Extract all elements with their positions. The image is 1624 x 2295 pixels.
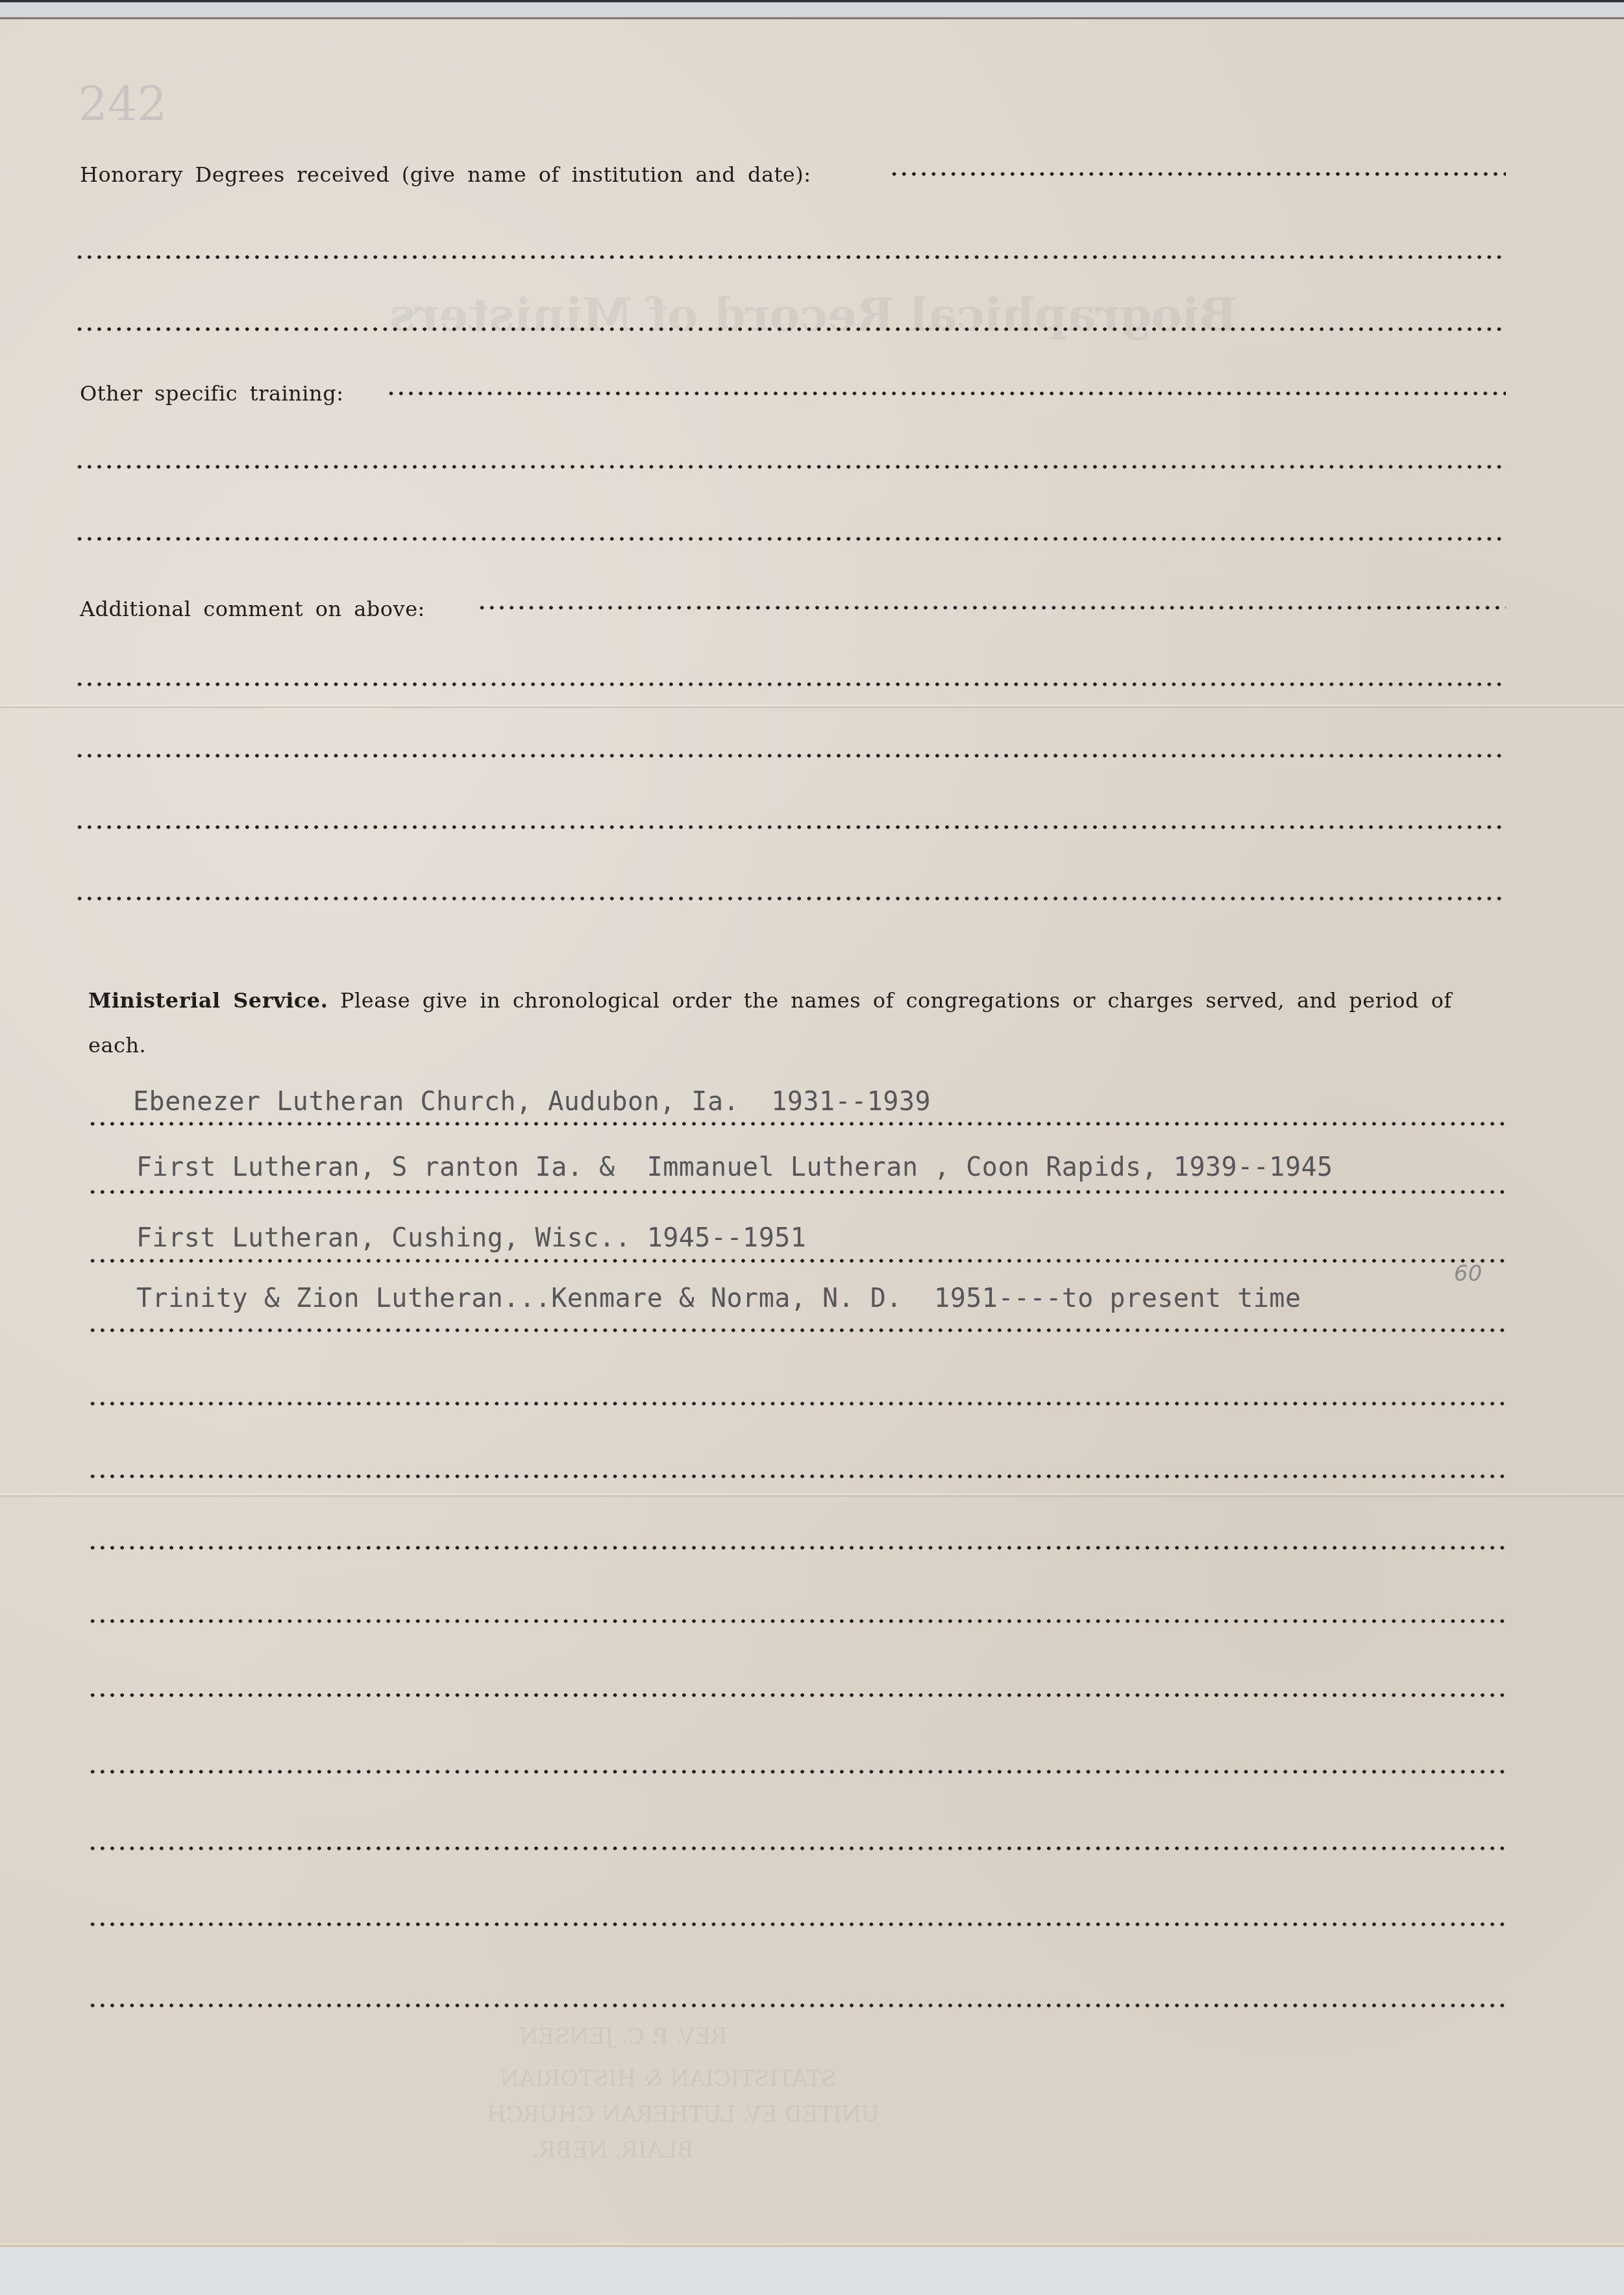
bleed-through-stamp-2: STATISTICIAN & HISTORIAN: [500, 2068, 836, 2090]
ministerial-service-heading: Ministerial Service.: [88, 988, 328, 1013]
service-entry-3: First Lutheran, Cushing, Wisc.. 1945--19…: [136, 1225, 806, 1251]
additional-comment-field-line-4[interactable]: [75, 825, 1506, 830]
bleed-through-stamp-4: BLAIR, NEBR.: [532, 2139, 694, 2161]
service-entry-line-5[interactable]: [88, 1401, 1509, 1406]
service-entry-line-7[interactable]: [88, 1545, 1509, 1550]
service-entry-line-2[interactable]: [88, 1189, 1509, 1195]
service-entry-line-8[interactable]: [88, 1619, 1509, 1624]
service-entry-line-3[interactable]: [88, 1258, 1509, 1263]
ministerial-service-instruction-text: Please give in chronological order the n…: [340, 988, 1452, 1013]
other-training-field-line-3[interactable]: [75, 536, 1506, 541]
service-entry-line-11[interactable]: [88, 1846, 1509, 1851]
bleed-through-stamp-3: UNITED EV. LUTHERAN CHURCH: [487, 2103, 880, 2126]
additional-comment-field-line-2[interactable]: [75, 682, 1506, 687]
additional-comment-field-line-5[interactable]: [75, 896, 1506, 901]
service-entry-line-1[interactable]: [88, 1121, 1509, 1126]
service-entry-line-12[interactable]: [88, 1922, 1509, 1927]
honorary-degrees-label: Honorary Degrees received (give name of …: [80, 164, 811, 185]
service-entry-2: First Lutheran, S ranton Ia. & Immanuel …: [136, 1154, 1333, 1180]
additional-comment-field-line-3[interactable]: [75, 753, 1506, 758]
scanner-top-edge: [0, 0, 1624, 19]
additional-comment-field[interactable]: [477, 605, 1506, 610]
paper-bottom-edge: [0, 2243, 1624, 2247]
other-training-field[interactable]: [386, 391, 1506, 396]
ministerial-service-instruction-cont: each.: [88, 1035, 146, 1056]
honorary-degrees-field-line-3[interactable]: [75, 327, 1506, 332]
fold-crease: [0, 1493, 1624, 1497]
service-entry-1: Ebenezer Lutheran Church, Audubon, Ia. 1…: [133, 1089, 931, 1115]
honorary-degrees-field[interactable]: [889, 171, 1506, 177]
honorary-degrees-field-line-2[interactable]: [75, 254, 1506, 260]
service-entry-line-6[interactable]: [88, 1474, 1509, 1479]
service-entry-line-10[interactable]: [88, 1769, 1509, 1774]
service-entry-line-13[interactable]: [88, 2003, 1509, 2008]
fold-crease: [0, 704, 1624, 708]
service-entry-line-4[interactable]: [88, 1328, 1509, 1333]
form-page: [0, 19, 1624, 2243]
handwritten-note: 60: [1454, 1263, 1482, 1285]
service-entry-line-9[interactable]: [88, 1693, 1509, 1698]
additional-comment-label: Additional comment on above:: [80, 599, 425, 619]
other-training-label: Other specific training:: [80, 383, 343, 404]
bleed-through-stamp-1: REV. P. C. JENSEN: [519, 2026, 728, 2048]
faint-page-number: 242: [78, 81, 167, 128]
other-training-field-line-2[interactable]: [75, 464, 1506, 469]
ministerial-service-instruction: Ministerial Service. Please give in chro…: [88, 990, 1452, 1011]
service-entry-4: Trinity & Zion Lutheran...Kenmare & Norm…: [136, 1285, 1301, 1311]
